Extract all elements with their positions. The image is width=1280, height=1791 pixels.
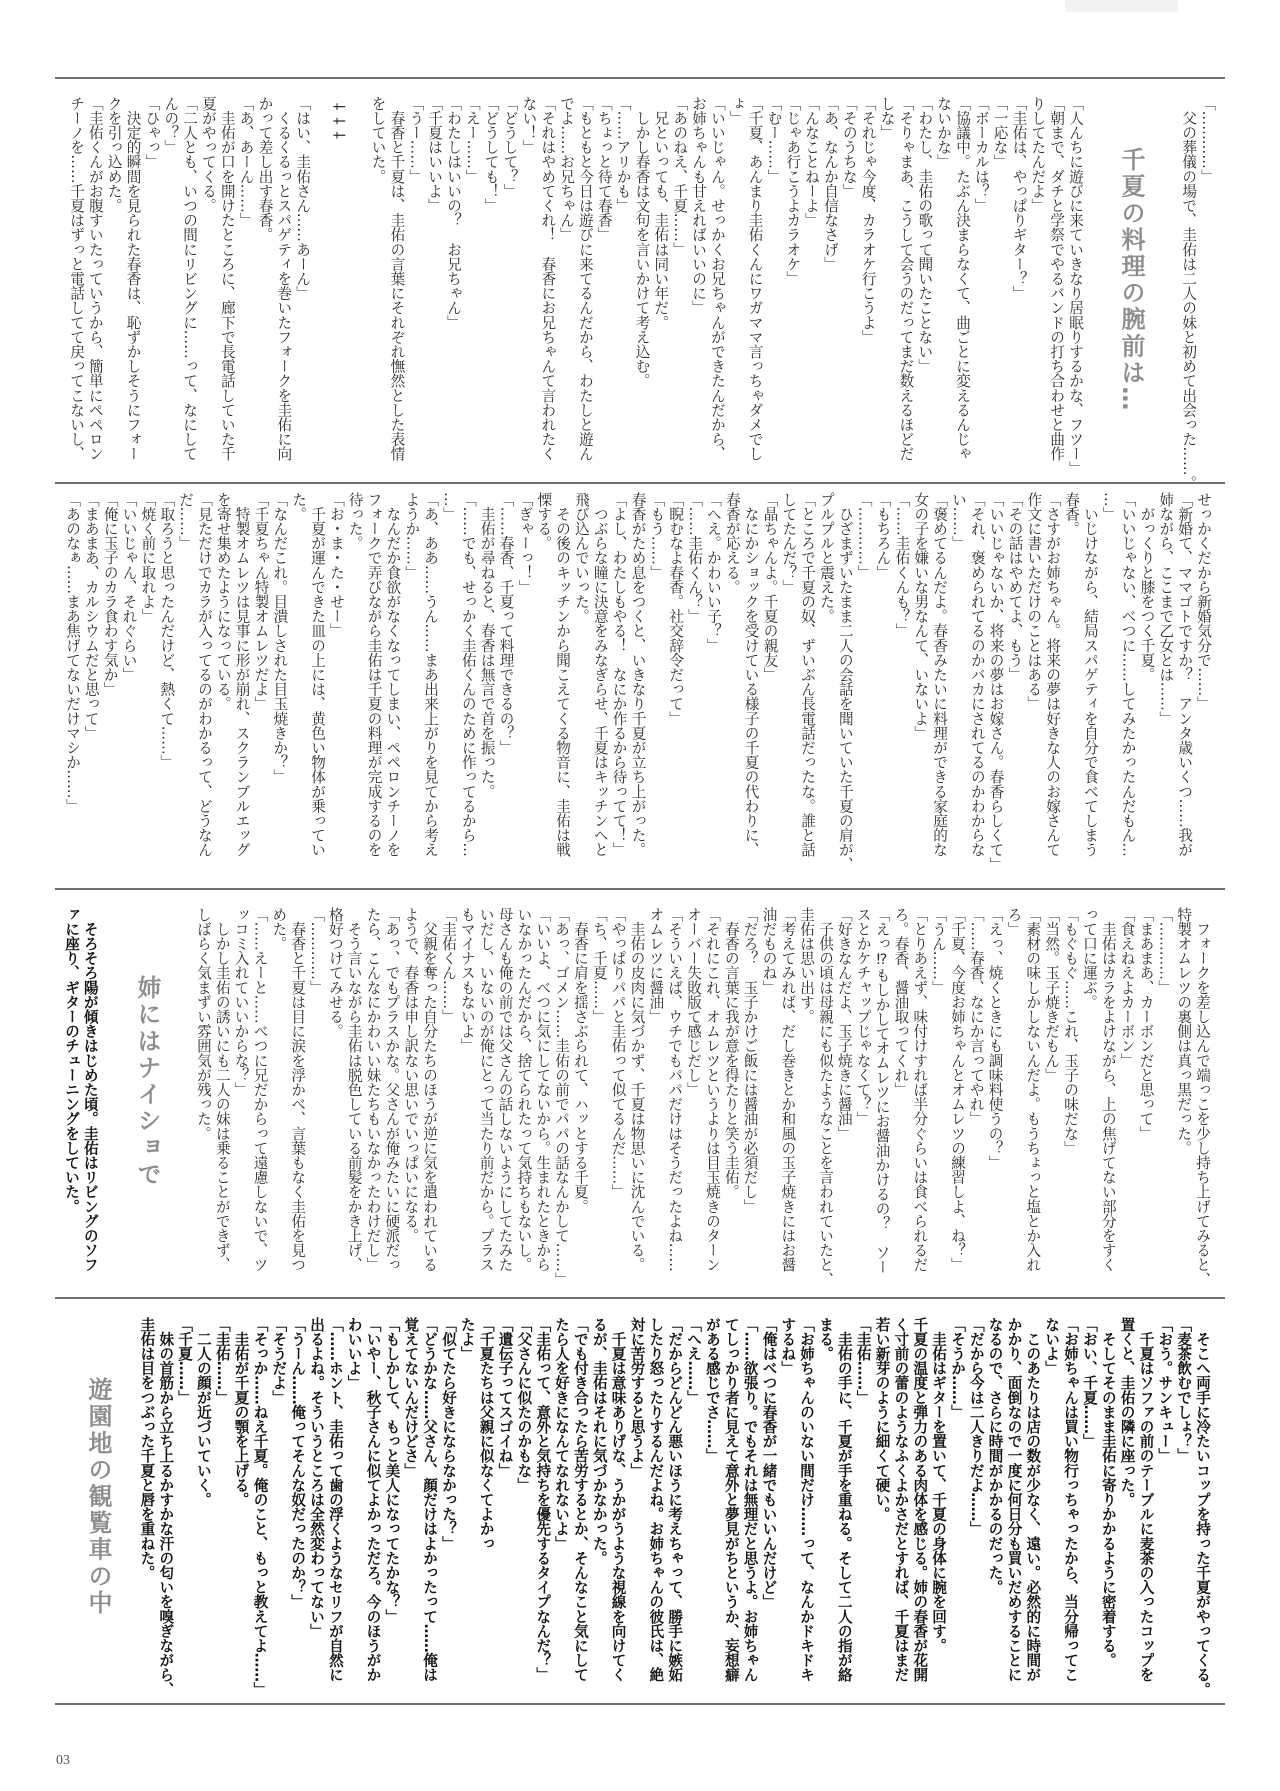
text-column: 「うーん……俺ってそんな奴だったのか？」 <box>288 1317 306 1609</box>
text-column: 「圭佑くん……」 <box>439 907 457 1024</box>
text-column: 「圭佑……」 <box>213 1317 231 1405</box>
text-column: 「おう。サンキュー」 <box>1155 1317 1173 1463</box>
text-column: 父の葬儀の場で、圭佑は二人の妹と初めて出会った……。 <box>1179 96 1197 490</box>
text-column: 「あっ、ゴメン……圭佑の前でパパの話なんかして……」 <box>552 907 570 1287</box>
text-column: 圭佑はギターを置いて、千夏の身体に腕を回す。 <box>929 1317 947 1653</box>
text-column: そろそろ陽が傾きはじめた頃。圭佑はリビングのソフ <box>81 907 99 1272</box>
text-column: 「圭佑は、やっぱりギター？」 <box>1010 96 1028 300</box>
text-column: 「千夏ちゃん特製オムレツだよ」 <box>252 492 270 711</box>
text-column: しばらく気まずい雰囲気が残った。 <box>194 907 212 1141</box>
text-column: 父親を奪った自分たちのほうが逆に気を遣われている <box>420 907 438 1272</box>
text-column: 「さすがお姉ちゃん。将来の夢は好きな人のお嫁さんて <box>1043 492 1061 857</box>
text-column: 「……欲張り。でもそれは無理だと思うよ。お姉ちゃん <box>741 1317 759 1682</box>
text-column: 慄する。 <box>534 492 552 550</box>
text-column: しかし圭佑の誘いにも二人の妹は乗ることができず、 <box>213 907 231 1272</box>
text-column: 「取ろうと思ったんだけど、熱くて……」 <box>157 492 175 769</box>
text-column: 「それじゃ今度、カラオケ行こうよ」 <box>859 96 877 344</box>
text-column: 「どうかな……父さん、顔だけはよかったって……俺は <box>420 1317 438 1682</box>
text-column: 「えっ、焼くときにも調味料使うの？」 <box>986 907 1004 1170</box>
text-column: 「でも付き合ったら苦労するとか、そんなこと気にして <box>571 1317 589 1682</box>
text-column: 「焼く前に取れよ」 <box>138 492 156 623</box>
text-band-3: フォークを差し込んで端っこを少し持ち上げてみると、特製オムレツの裏側は真っ黒だっ… <box>0 907 1280 1307</box>
text-column: 「ちょっと待て春香」 <box>595 96 613 242</box>
text-column: 「千夏……」 <box>175 1317 193 1405</box>
text-column: 千夏は意味ありげな、うかがうような視線を向けてく <box>609 1317 627 1682</box>
text-column: 「ところで千夏の奴、ずいぶん長電話だったな。誰と話 <box>798 492 816 857</box>
text-column: 「いいじゃん。せっかくお兄ちゃんができたんだから、 <box>708 96 726 461</box>
text-column: してたんだ？」 <box>779 492 797 594</box>
text-column: 置くと、圭佑の隣に座った。 <box>1118 1317 1136 1507</box>
text-column: 子供の頃は母親にも似たようなことを言われていたと、 <box>816 907 834 1287</box>
text-column: 「へえ……」 <box>684 1317 702 1405</box>
text-column: 夏がやってくる。 <box>199 96 217 213</box>
text-column: そこへ両手に冷たいコップを持った千夏がやってくる。 <box>1193 1317 1211 1697</box>
text-column: 姉ながら、ここまで乙女とは……」 <box>1156 492 1174 726</box>
text-column: 「千夏はいいよ」 <box>425 96 443 213</box>
text-column: でよ……お兄ちゃん」 <box>557 96 575 242</box>
text-column: お姉ちゃんも甘えればいいのに」 <box>689 96 707 315</box>
text-column: 出るよね。そういうところは全然変わってない」 <box>307 1317 325 1638</box>
text-column: 待った。 <box>346 492 364 550</box>
text-column: 「だから今は二人きりだよ……」 <box>967 1317 985 1536</box>
text-column: 「……圭佑くん？」 <box>685 492 703 623</box>
text-column: 「睨むなよ春香。社交辞令だって」 <box>666 492 684 726</box>
text-column: るが、圭佑はそれに気づかなかった。 <box>590 1317 608 1565</box>
text-column: ない！」 <box>519 96 537 154</box>
text-column: もマイナスもないよ」 <box>458 907 476 1053</box>
text-column: チーノを……千夏はずっと電話してて戻ってこないし、 <box>67 96 85 461</box>
text-column: 「好きなんだよ、玉子焼きに醤油」 <box>835 907 853 1141</box>
text-column: 「食えねえよカーボン」 <box>1118 907 1136 1068</box>
text-column: 「じゃあ行こうよカラオケ」 <box>783 96 801 286</box>
text-column: ァに座り、ギターのチューニングをしていた。 <box>62 907 80 1214</box>
text-column: 「もともと今日は遊びに来てるんだから、わたしと遊ん <box>576 96 594 461</box>
scene-break-mark: ††† <box>331 96 349 139</box>
text-column: 千夏はソファの前のテーブルに麦茶の入ったコップを <box>1137 1317 1155 1682</box>
text-column: 「…………」 <box>1155 907 1173 995</box>
text-column: 「その話はやめてよ、もう」 <box>1006 492 1024 682</box>
text-column: かかり、面倒なので一度に何日分も買いだめすることに <box>1005 1317 1023 1682</box>
text-column: 「褒めてるんだよ。春香みたいに料理ができる家庭的な <box>930 492 948 857</box>
text-column: 「だろ？ 玉子かけご飯には醤油が必須だし」 <box>741 907 759 1214</box>
text-column: 春香と千夏は、圭佑の言葉にそれぞれ憮然とした表情 <box>387 96 405 461</box>
text-column: 「んなことねーよ」 <box>802 96 820 227</box>
text-column: フォークを差し込んで端っこを少し持ち上げてみると、 <box>1193 907 1211 1287</box>
text-column: ようか……」 <box>402 492 420 580</box>
text-column: 「あっ、でもプラスかな。父さんが俺みたいに硬派だっ <box>382 907 400 1272</box>
text-column: めた。 <box>269 907 287 951</box>
text-column: 圭佑はカラをよけながら、上の焦げてない部分をすく <box>1099 907 1117 1272</box>
text-column: 「俺に玉子のカラ食わす気か」 <box>101 492 119 696</box>
text-column: 「いやー、秋子さんに似てよかっただろ。今のほうがか <box>364 1317 382 1682</box>
text-column: しかし春香は文句を言いかけて考え込む。 <box>633 96 651 388</box>
text-column: 春香の言葉に我が意を得たりと笑う圭佑。 <box>722 907 740 1199</box>
document-page: 「…………」 父の葬儀の場で、圭佑は二人の妹と初めて出会った……。「人んちに遊び… <box>0 0 1280 1791</box>
text-column: 「…………」 <box>855 492 873 580</box>
text-column: プルプルと震えた。 <box>817 492 835 623</box>
text-band-2: せっかくだから新婚気分で……」「新婚て、ママゴトですか？ アンタ歳いくつ……我が… <box>0 492 1280 892</box>
text-column: を寄せ集めたようになっている。 <box>214 492 232 711</box>
text-column: 「なんだこれ。目潰しされた目玉焼きか？」 <box>270 492 288 784</box>
text-column: せっかくだから新婚気分で……」 <box>1194 492 1212 711</box>
text-column: 「いいじゃん、それぐらい」 <box>120 492 138 682</box>
text-column: 「えー……」 <box>463 96 481 184</box>
text-column: 「朝まで、ダチと学祭でやるバンドの打ち合わせと曲作 <box>1047 96 1065 461</box>
text-column: 「お姉ちゃんのいない間だけ……って、なんかドキドキ <box>797 1317 815 1682</box>
text-column: 「ボーカルは？」 <box>972 96 990 213</box>
text-column: がっくりと膝をつく千夏。 <box>1138 492 1156 682</box>
text-column: 「いいよ、べつに気にしてないから。生まれたときから <box>533 907 551 1272</box>
text-column: 「ぎゃーっ！」 <box>515 492 533 594</box>
text-column: 「もちろん」 <box>874 492 892 580</box>
text-column: 「協議中。たぶん決まらなくて、曲ごとに変えるんじゃ <box>953 96 971 461</box>
text-column: 若い新芽のように細くて硬い。 <box>873 1317 891 1521</box>
text-column: 圭佑は思い出す。 <box>797 907 815 1024</box>
text-column: したり怒ったりするんだよね。お姉ちゃんの彼氏は、絶 <box>646 1317 664 1682</box>
text-column: 圭佑の皮肉に気づかず、千夏は物思いに沈んでいる。 <box>628 907 646 1272</box>
text-column: 「千夏、今度お姉ちゃんとオムレツの練習しよ、ね？」 <box>948 907 966 1272</box>
section-heading: 姉にはナイショで <box>132 975 162 1188</box>
text-column: いなかったんだから、捨てられたって気持ちもないし。 <box>514 907 532 1272</box>
text-column: つぶらな瞳に決意をみなぎらせ、千夏はキッチンへと <box>591 492 609 857</box>
text-column: 覚えてないんだけどさ」 <box>401 1317 419 1478</box>
text-column: 春香に肩を揺さぶられて、ハッとする千夏。 <box>571 907 589 1214</box>
text-column: 「そのうちな」 <box>840 96 858 198</box>
text-column: ないかな」 <box>934 96 952 169</box>
text-column: 母さんも俺の前では父さんの話しないようにしてたみた <box>496 907 514 1272</box>
text-column: 「千夏、あんまり圭佑くんにワガママ言っちゃダメでし <box>746 96 764 461</box>
text-column: 「そりゃまあ、こうして会うのだってまだ数えるほどだ <box>896 96 914 461</box>
text-column: 圭佑が尋ねると、春香は無言で首を振った。 <box>478 492 496 799</box>
text-column: んの？」 <box>161 96 179 154</box>
text-column: 「遺伝子ってスゴイね」 <box>496 1317 514 1478</box>
text-column: 「えっ⁉もしかしてオムレツにお醤油かけるの？ ソー <box>873 907 891 1274</box>
text-column: 「あ、ああ……うん……まあ出来上がりを見てから考え <box>421 492 439 857</box>
text-column: 「わたし、圭佑の歌って聞いたことない」 <box>915 96 933 373</box>
text-column: 「それはやめてくれ！ 春香にお兄ちゃんて言われたく <box>538 96 556 461</box>
text-column: 「素材の味しかしないんだよ。もうちょっと塩とか入れ <box>1023 907 1041 1272</box>
text-column: 「俺はべつに春香が一緒でもいいんだけど」 <box>760 1317 778 1609</box>
text-column: 「いいじゃない、べつに……してみたかったんだもん… <box>1119 492 1137 857</box>
text-column: 二人の顔が近づいていく。 <box>194 1317 212 1507</box>
text-column: フォークで弄びながら圭佑は千夏の料理が完成するのを <box>365 492 383 857</box>
text-column: 「晶ちゃんよ。千夏の親友」 <box>761 492 779 682</box>
text-column: 圭佑が千夏の顎を上げる。 <box>232 1317 250 1507</box>
text-column: 「あ、あーん……」 <box>237 96 255 227</box>
text-column: なるので、さらに時間がかかるのだった。 <box>986 1317 1004 1594</box>
text-column: く寸前の蕾のようなふくよかさだとすれば、千夏はまだ <box>891 1317 909 1682</box>
text-column: 「どうして？」 <box>501 96 519 198</box>
text-column: 「まあまあ、カルシウムだと思って」 <box>82 492 100 740</box>
text-column: 「むー……」 <box>765 96 783 184</box>
text-column: をしていた。 <box>369 96 387 184</box>
text-column: 「……ホント、圭佑って歯の浮くようなセリフが自然に <box>326 1317 344 1682</box>
text-column: 油だものね」 <box>760 907 778 995</box>
text-column: 「……圭佑くんも？」 <box>892 492 910 638</box>
text-band-4: そこへ両手に冷たいコップを持った千夏がやってくる。「麦茶飲むでしょ？」「おう。サ… <box>0 1317 1280 1717</box>
text-column: 春香。 <box>1062 492 1080 536</box>
text-column: 「見ただけでカラが入ってるのがわかるって、どうなん <box>195 492 213 857</box>
text-column: たよ」 <box>458 1317 476 1361</box>
text-column: わいいよ」 <box>345 1317 363 1390</box>
text-column: 「…………」 <box>1198 96 1216 184</box>
text-column: 圭佑の手に、千夏が手を重ねる。そして二人の指が絡 <box>835 1317 853 1682</box>
text-column: ッコミ入れていいからな？」 <box>232 907 250 1097</box>
text-column: 「わたしはいいの？ お兄ちゃん」 <box>444 96 462 330</box>
text-column: た。 <box>289 492 307 521</box>
text-column: 「……春香、なにか言ってやれ」 <box>967 907 985 1126</box>
text-column: 「お姉ちゃんは買い物行っちゃったから、当分帰ってこ <box>1061 1317 1079 1682</box>
text-column: 「父さんに似たのかもな」 <box>514 1317 532 1492</box>
text-column: りしてたんだよ」 <box>1028 96 1046 213</box>
text-column: 「圭佑くんがお腹すいたっていうから、簡単にペペロン <box>86 96 104 461</box>
text-column: オーバー失敗版て感じだし」 <box>684 907 702 1097</box>
text-column: くるくるっとスパゲティを巻いたフォークを圭佑に向 <box>274 96 292 461</box>
text-column: スとかケチャップじゃなくて？」 <box>854 907 872 1126</box>
text-column: 圭佑は目をつぶった千夏と唇を重ねた。 <box>137 1317 155 1580</box>
text-column: 「当然。玉子焼きだもん」 <box>1042 907 1060 1082</box>
text-column: 「麦茶飲むでしょ？」 <box>1174 1317 1192 1463</box>
text-column: 「圭佑って、意外と気持ちを優先するタイプなんだ？」 <box>533 1317 551 1682</box>
text-column: 春香と千夏は目に涙を浮かべ、言葉もなく圭佑を見つ <box>288 907 306 1272</box>
text-column: 「もしかして、もっと美人になってたかな？」 <box>382 1317 400 1624</box>
text-column: 「考えてみれば、だし巻きとか和風の玉子焼きにはお醤 <box>778 907 796 1272</box>
text-column: ひざまずいたまま二人の会話を聞いていた千夏の肩が、 <box>836 492 854 872</box>
text-column: 「……でも、せっかく圭佑くんのために作ってるから… <box>459 492 477 857</box>
text-column: 「新婚て、ママゴトですか？ アンタ歳いくつ……我が <box>1175 492 1193 857</box>
text-column: てしっかり者に見えて意外と夢見がちというか、妄想癖 <box>722 1317 740 1682</box>
text-column: 春香がため息をつくと、いきなり千夏が立ち上がった。 <box>629 492 647 857</box>
text-column: がある感じでさ……」 <box>703 1317 721 1463</box>
text-column: まる。 <box>816 1317 834 1361</box>
text-column: ろ」 <box>1005 907 1023 936</box>
text-column: 春香が応える。 <box>723 492 741 594</box>
text-column: 「いいじゃないか、将来の夢はお嫁さん。春香らしくて」 <box>987 492 1005 872</box>
header-mark <box>1065 0 1178 12</box>
text-column: 「どうしても！」 <box>482 96 500 213</box>
text-column: するね」 <box>778 1317 796 1375</box>
text-column: 「そっか……ねえ千夏。俺のこと、もっと教えてよ……」 <box>251 1317 269 1697</box>
text-column: 「はい、圭佑さん……あーん」 <box>293 96 311 300</box>
text-column: 「圭佑……」 <box>854 1317 872 1405</box>
text-column: 特製オムレツは見事に形が崩れ、スクランブルエッグ <box>233 492 251 857</box>
text-column: 「……えーと……べつに兄だからって遠慮しないで、ツ <box>251 907 269 1272</box>
text-column: …」 <box>1100 492 1118 521</box>
text-column: 「……アリかも」 <box>614 96 632 213</box>
text-column: 「うん……」 <box>929 907 947 995</box>
text-column: たら、こんなにかわいい妹たちもいなかったわけだし」 <box>364 907 382 1272</box>
text-column: 「そうだよ」 <box>269 1317 287 1405</box>
text-column: い……」 <box>949 492 967 550</box>
text-column: 「二人とも、いつの間にリビングに……って、なにして <box>180 96 198 461</box>
text-column: 「あのなぁ……まあ焦げてないだけマシか……」 <box>63 492 81 813</box>
text-column: って口に運ぶ。 <box>1080 907 1098 1009</box>
text-column: 飛び込んでいった。 <box>572 492 590 623</box>
text-column: しな」 <box>878 96 896 140</box>
section-heading: 千夏の料理の腕前は… <box>1116 147 1146 413</box>
text-column: 対に苦労すると思うよ」 <box>628 1317 646 1478</box>
text-column: 「それにこれ、オムレツというよりは目玉焼きのターン <box>703 907 721 1272</box>
text-column: 千夏が運んできた皿の上には、黄色い物体が乗ってい <box>308 492 326 857</box>
text-column: いじけながら、結局スパゲティを自分で食べてしまう <box>1081 492 1099 857</box>
text-column: オムレツに醤油」 <box>646 907 664 1024</box>
text-column: 千夏の温度と弾力のある肉体を感じる。姉の春香が花開 <box>910 1317 928 1682</box>
text-column: 「やっぱりパパと圭佑って似てるんだ……」 <box>609 907 627 1199</box>
top-rule <box>55 77 1225 79</box>
text-column: …」 <box>440 492 458 521</box>
text-column: 「似てたら好きにならなかった？」 <box>439 1317 457 1551</box>
text-column: ないよ」 <box>1042 1317 1060 1375</box>
text-column: 「へえ。かわいい子？」 <box>704 492 722 653</box>
text-column: ょ」 <box>727 96 745 125</box>
text-column: 決定的瞬間を見られた春香は、恥ずかしそうにフォー <box>124 96 142 461</box>
text-column: なんだか食欲がなくなってしまい、ペペロンチーノを <box>383 492 401 857</box>
text-column: 「そうか……」 <box>948 1317 966 1419</box>
text-column: 女の子を嫌いな男なんて、いないよ」 <box>911 492 929 740</box>
text-column: そう言いながら圭佑は脱色している前髪をかき上げ、 <box>345 907 363 1272</box>
text-column: 「千夏たちは父親に似なくてよかっ <box>477 1317 495 1551</box>
text-column: 「人んちに遊びに来ていきなり居眠りするかな、フツー」 <box>1066 96 1084 476</box>
text-column: なにかショックを受けている様子の千夏の代わりに、 <box>742 492 760 857</box>
text-column: 「それ、褒められてるのかバカにされてるのかわからな <box>968 492 986 857</box>
page-number: 03 <box>56 1753 70 1769</box>
text-column: かって差し出す春香。 <box>256 96 274 242</box>
text-column: 「よし、わたしもやる！ なにか作るから待ってて！」 <box>610 492 628 857</box>
text-column: 作文に書いただけのことはある」 <box>1024 492 1042 711</box>
text-column: 兄といっても、圭佑は同い年だ。 <box>651 96 669 330</box>
section-heading: 遊園地の観覧車の中 <box>83 1377 113 1616</box>
text-column: 「もう……」 <box>647 492 665 580</box>
text-column: だ……」 <box>176 492 194 550</box>
text-column: 「あ、なんか自信なさげ」 <box>821 96 839 271</box>
text-column: 「そういえば、ウチでもパパだけはそうだったよね…… <box>665 907 683 1272</box>
text-column: 「もぐもぐ……これ、玉子の味だな」 <box>1061 907 1079 1155</box>
text-column: 「とりあえず、味付けすれば半分ぐらいは食べられるだ <box>910 907 928 1272</box>
text-column: たら人を好きになんてなれないよ」 <box>552 1317 570 1551</box>
text-column: 「ひゃっ」 <box>142 96 160 169</box>
text-column: 「ち、千夏……」 <box>590 907 608 1024</box>
text-column: クを引っ込めた。 <box>105 96 123 213</box>
text-column: 圭佑が口を開けたところに、廊下で長電話していた千 <box>218 96 236 461</box>
text-column: そしてそのまま圭佑に寄りかかるように密着する。 <box>1099 1317 1117 1667</box>
text-column: 「あのねえ、千夏……」 <box>670 96 688 257</box>
text-column: 「お・ま・た・せー」 <box>327 492 345 638</box>
text-column: 「まあまあ、カーボンだと思って」 <box>1137 907 1155 1141</box>
text-column: 「うー……」 <box>406 96 424 184</box>
text-column: 「……春香、千夏って料理できるの？」 <box>497 492 515 755</box>
text-column: ようで、春香は申し訳ない思いでいっぱいになる。 <box>401 907 419 1243</box>
text-column: 「…………」 <box>307 907 325 995</box>
text-column: このあたりは店の数が少なく、遠い。必然的に時間が <box>1023 1317 1041 1682</box>
text-column: その後のキッチンから聞こえてくる物音に、圭佑は戦 <box>553 492 571 857</box>
text-column: 「おい、千夏……」 <box>1080 1317 1098 1448</box>
text-column: 妹の首筋から立ち上るかすかな汗の匂いを嗅ぎながら、 <box>156 1317 174 1697</box>
text-column: 「一応な」 <box>991 96 1009 169</box>
text-column: 特製オムレツの裏側は真っ黒だった。 <box>1174 907 1192 1155</box>
text-column: いだし、いないのが俺にとって当たり前だから。プラス <box>477 907 495 1272</box>
text-column: ろ。春香、醤油取ってくれ」 <box>891 907 909 1097</box>
text-column: 格好つけてみせる。 <box>326 907 344 1038</box>
text-column: 「だからどんどん悪いほうに考えちゃって、勝手に嫉妬 <box>665 1317 683 1682</box>
text-band-1: 「…………」 父の葬儀の場で、圭佑は二人の妹と初めて出会った……。「人んちに遊び… <box>0 96 1280 496</box>
